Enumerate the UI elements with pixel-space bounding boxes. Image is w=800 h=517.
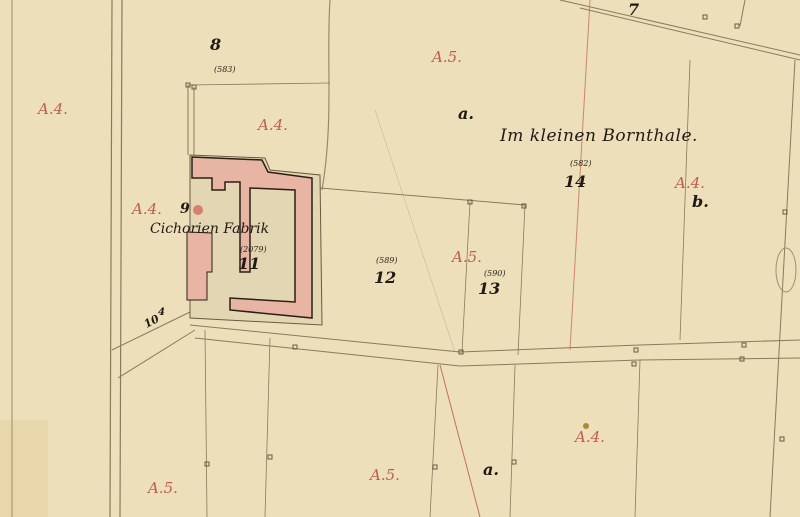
- parcel-8-number: 8: [210, 37, 221, 53]
- parcel-7-number: 7: [628, 2, 639, 18]
- class-label-south-west: A.5.: [148, 481, 178, 496]
- class-label-south-east: A.4.: [575, 430, 605, 445]
- parcel-11-number: 11: [238, 256, 260, 272]
- subparcel-b-east: b.: [692, 194, 709, 210]
- parcel-13-number: 13: [478, 281, 500, 297]
- subparcel-a-south: a.: [483, 462, 499, 478]
- parcel-9-number: 9: [180, 202, 190, 216]
- cadastral-map: A.4. A.5. A.4. A.4. A.4. A.5. A.4. A.5. …: [0, 0, 800, 517]
- parcel-12-ref: (589): [376, 257, 398, 265]
- class-label-north-center: A.4.: [258, 118, 288, 133]
- subparcel-a-north: a.: [458, 106, 474, 122]
- class-label-factory: A.4.: [132, 202, 162, 217]
- parcel-8-ref: (583): [214, 66, 236, 74]
- class-label-south-center: A.5.: [370, 468, 400, 483]
- map-linework: [0, 0, 800, 517]
- class-label-north: A.5.: [432, 50, 462, 65]
- parcel-14-number: 14: [564, 174, 586, 190]
- class-label-parcel-13: A.5.: [452, 250, 482, 265]
- parcel-11-ref: (2079): [240, 246, 267, 254]
- parcel-12-number: 12: [374, 270, 396, 286]
- class-label-east: A.4.: [675, 176, 705, 191]
- factory-label: Cichorien Fabrik: [150, 222, 269, 236]
- class-label-west: A.4.: [38, 102, 68, 117]
- parcel-14-ref: (582): [570, 160, 592, 168]
- parcel-13-ref: (590): [484, 270, 506, 278]
- parcel-10-superscript: 4: [158, 308, 165, 318]
- field-name-label: Im kleinen Bornthale.: [500, 128, 698, 145]
